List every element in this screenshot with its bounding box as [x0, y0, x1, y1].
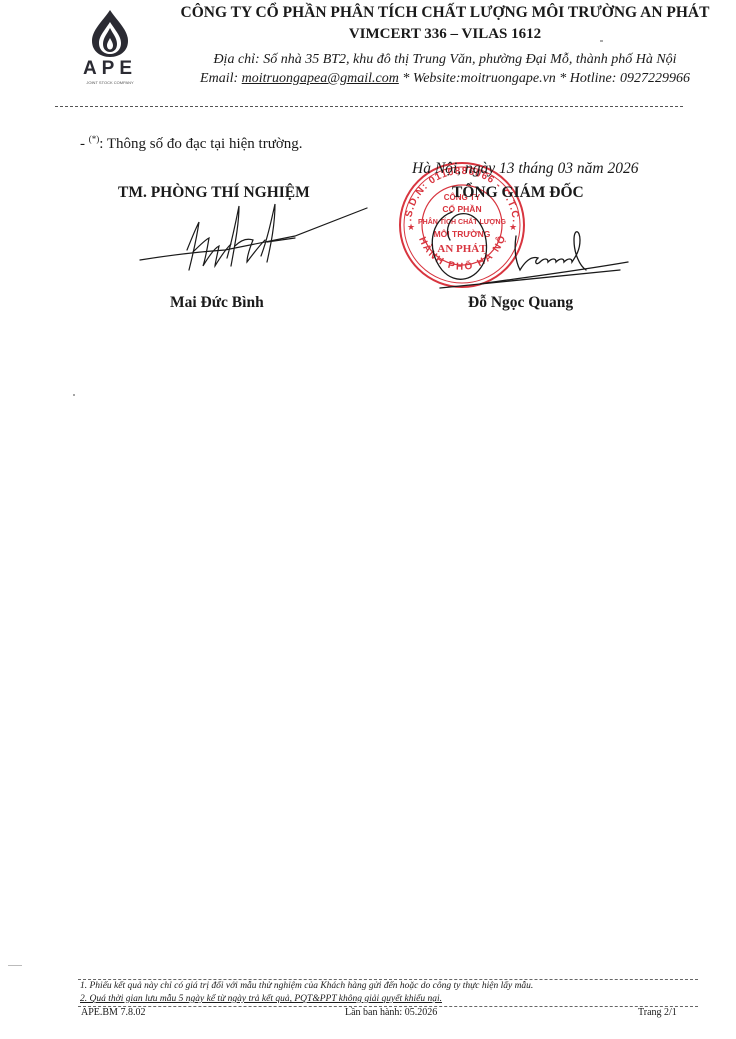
svg-text:★: ★ — [407, 222, 415, 232]
email-link[interactable]: moitruongapea@gmail.com — [242, 71, 399, 86]
scan-speck — [73, 394, 75, 396]
note-text: : Thông số đo đạc tại hiện trường. — [99, 136, 302, 152]
hotline: 0927229966 — [620, 71, 690, 86]
company-name: CÔNG TY CỔ PHẦN PHÂN TÍCH CHẤT LƯỢNG MÔI… — [150, 3, 736, 23]
director-name: Đỗ Ngọc Quang — [468, 293, 573, 313]
note-marker: (*) — [89, 134, 100, 144]
footnote-1: 1. Phiếu kết quả này chỉ có giá trị đối … — [80, 980, 533, 993]
issue-number: Lần ban hành: 05.2026 — [345, 1006, 437, 1019]
logo-subtitle: JOINT STOCK COMPANY — [72, 80, 148, 85]
form-code: APE.BM 7.8.02 — [81, 1006, 145, 1019]
certification: VIMCERT 336 – VILAS 1612 — [150, 24, 736, 44]
scan-edge-mark — [8, 965, 22, 966]
email-label: Email: — [200, 71, 242, 86]
footnote-2: 2. Quá thời gian lưu mẫu 5 ngày kể từ ng… — [80, 993, 442, 1006]
scan-speck — [600, 40, 603, 42]
contact-line: Email: moitruongapea@gmail.com * Website… — [150, 69, 736, 88]
field-measurement-note: - (*): Thông số đo đạc tại hiện trường. — [80, 129, 303, 154]
logo-text: APE — [72, 58, 148, 80]
page-number: Trang 2/1 — [638, 1006, 677, 1019]
website-link[interactable]: moitruongape.vn — [461, 71, 556, 86]
hotline-label: * Hotline: — [556, 71, 620, 86]
lab-signatory-name: Mai Đức Bình — [170, 293, 264, 313]
company-address: Địa chỉ: Số nhà 35 BT2, khu đô thị Trung… — [150, 50, 736, 69]
director-signature — [420, 200, 630, 290]
water-drop-logo-icon — [72, 8, 148, 58]
company-logo: APE JOINT STOCK COMPANY — [72, 8, 148, 90]
website-label: * Website: — [399, 71, 461, 86]
header-divider — [55, 106, 683, 107]
place-and-date: Hà Nội, ngày 13 tháng 03 năm 2026 — [412, 159, 638, 179]
lab-signature — [135, 200, 375, 280]
